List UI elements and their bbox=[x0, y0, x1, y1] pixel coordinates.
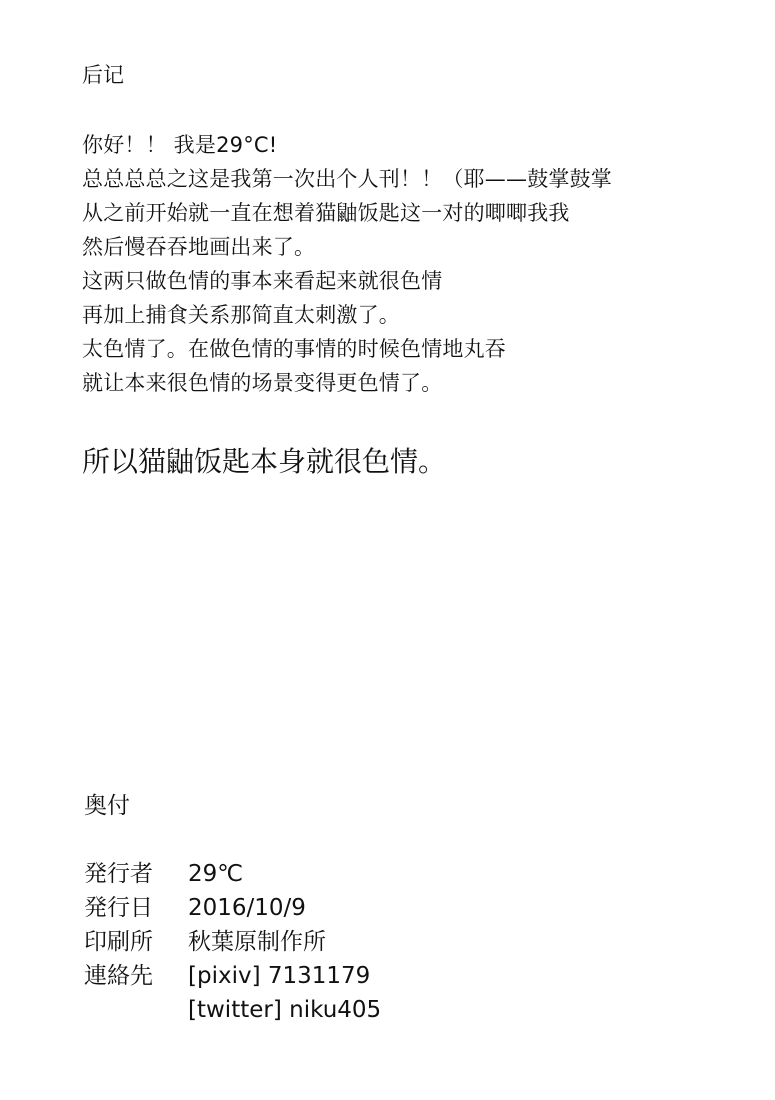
body-line: 太色情了。在做色情的事情的时候色情地丸吞 bbox=[82, 332, 612, 366]
body-line: 从之前开始就一直在想着猫鼬饭匙这一对的唧唧我我 bbox=[82, 196, 612, 230]
body-line: 你好！！ 我是29°C! bbox=[82, 128, 612, 162]
colophon-title: 奥付 bbox=[84, 790, 130, 822]
contact-twitter: [twitter] niku405 bbox=[188, 993, 381, 1027]
colophon-value: 2016/10/9 bbox=[188, 891, 306, 925]
colophon-value: 秋葉原制作所 bbox=[188, 925, 326, 959]
contact-pixiv: [pixiv] 7131179 bbox=[188, 959, 381, 993]
body-line: 就让本来很色情的场景变得更色情了。 bbox=[82, 366, 612, 400]
afterword-body: 你好！！ 我是29°C! 总总总总之这是我第一次出个人刊！！（耶——鼓掌鼓掌 从… bbox=[82, 128, 612, 400]
afterword-page: 后记 你好！！ 我是29°C! 总总总总之这是我第一次出个人刊！！（耶——鼓掌鼓… bbox=[0, 0, 775, 1100]
body-line: 这两只做色情的事本来看起来就很色情 bbox=[82, 264, 612, 298]
conclusion-line: 所以猫鼬饭匙本身就很色情。 bbox=[82, 442, 446, 482]
body-line: 然后慢吞吞地画出来了。 bbox=[82, 230, 612, 264]
body-line: 总总总总之这是我第一次出个人刊！！（耶——鼓掌鼓掌 bbox=[82, 162, 612, 196]
colophon-value: 29℃ bbox=[188, 857, 243, 891]
colophon-label: 連絡先 bbox=[84, 959, 188, 1027]
colophon-row-date: 発行日 2016/10/9 bbox=[84, 891, 381, 925]
colophon-row-publisher: 発行者 29℃ bbox=[84, 857, 381, 891]
colophon-row-printer: 印刷所 秋葉原制作所 bbox=[84, 925, 381, 959]
body-line: 再加上捕食关系那简直太刺激了。 bbox=[82, 298, 612, 332]
colophon-label: 発行日 bbox=[84, 891, 188, 925]
colophon-label: 印刷所 bbox=[84, 925, 188, 959]
colophon-label: 発行者 bbox=[84, 857, 188, 891]
colophon-row-contact: 連絡先 [pixiv] 7131179 [twitter] niku405 bbox=[84, 959, 381, 1027]
afterword-title: 后记 bbox=[82, 60, 124, 90]
colophon-table: 発行者 29℃ 発行日 2016/10/9 印刷所 秋葉原制作所 連絡先 [pi… bbox=[84, 857, 381, 1027]
